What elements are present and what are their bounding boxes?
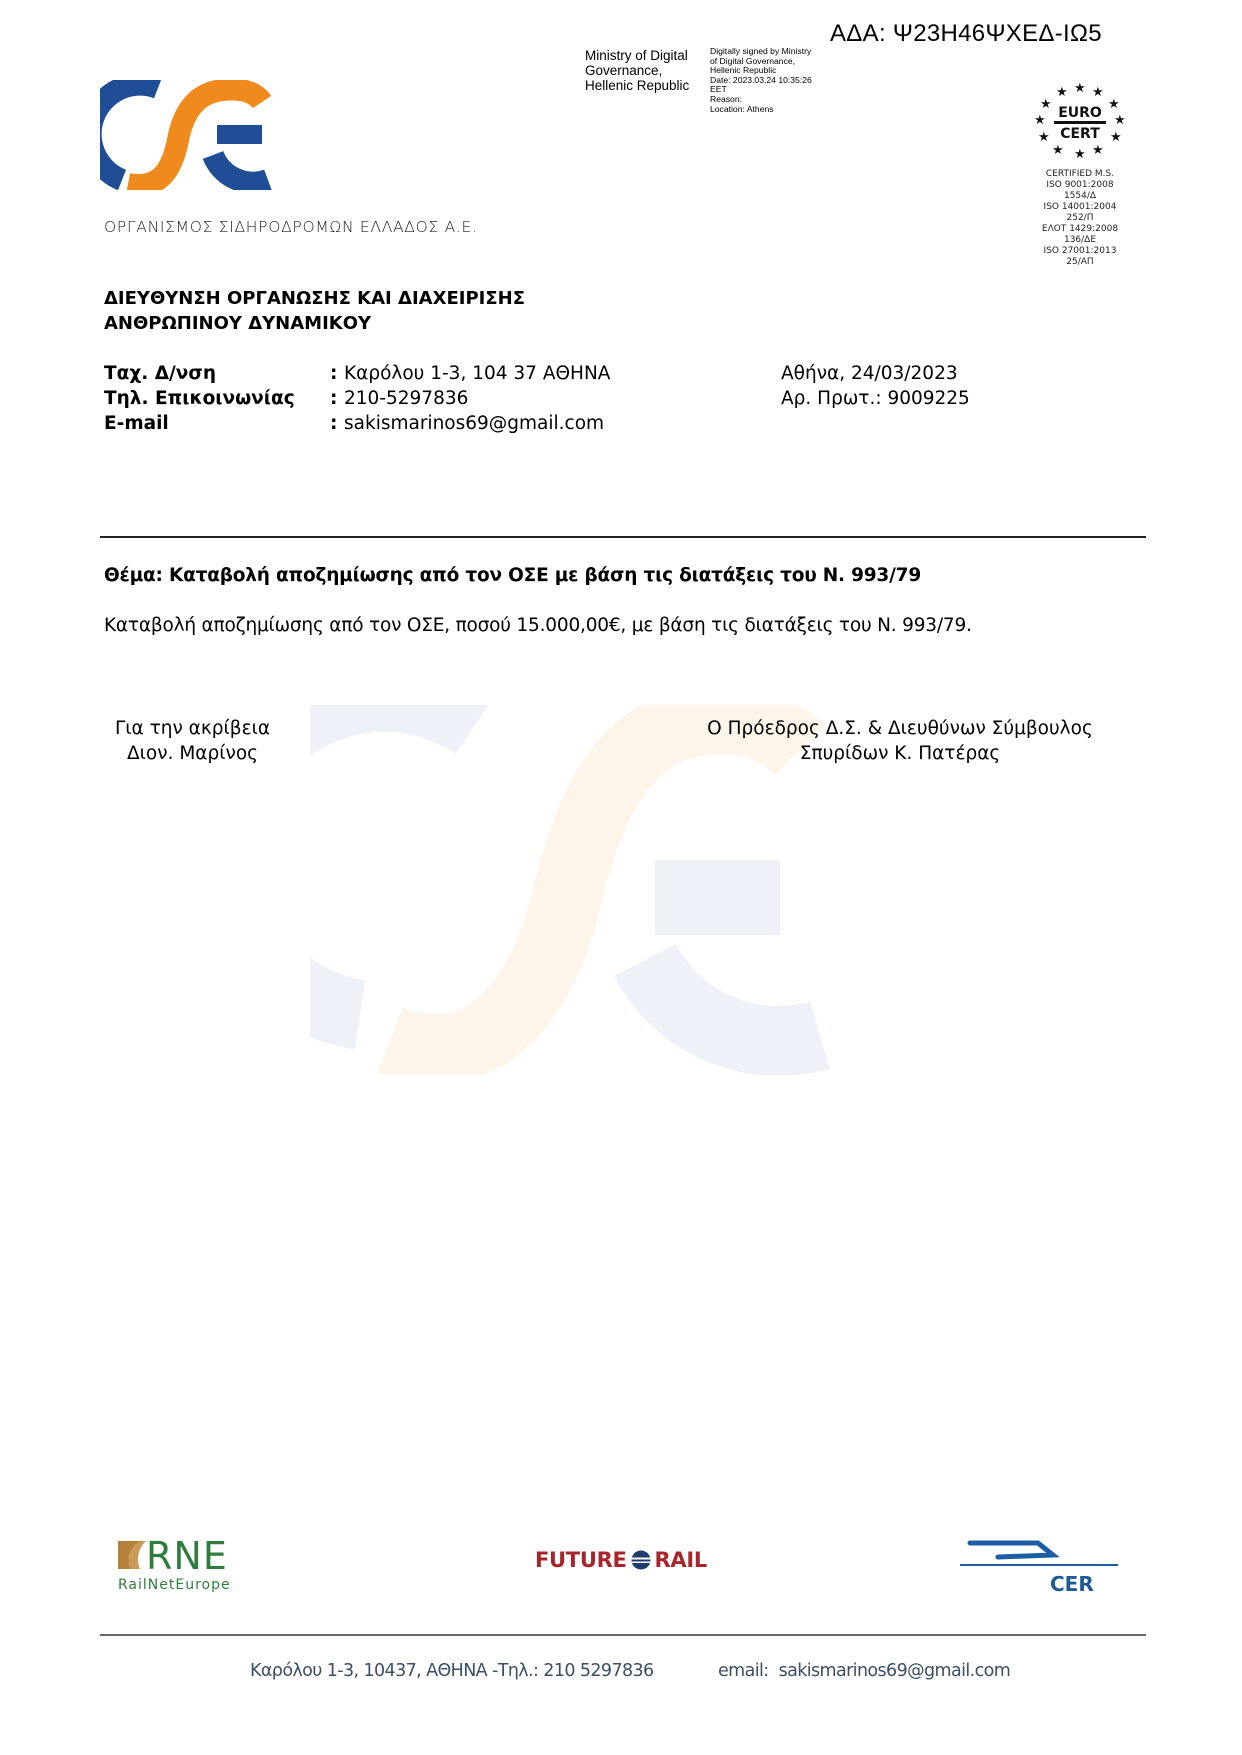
rne-title: RNE bbox=[146, 1535, 228, 1578]
svg-text:★: ★ bbox=[1040, 97, 1052, 112]
svg-text:★: ★ bbox=[1052, 143, 1064, 158]
subject-line: Θέμα: Καταβολή αποζημίωσης από τον ΟΣΕ μ… bbox=[104, 565, 921, 586]
cert-line: CERTIFIED M.S. bbox=[1020, 169, 1140, 180]
svg-text:★: ★ bbox=[1092, 143, 1104, 158]
cert-line: 1554/Δ bbox=[1020, 191, 1140, 202]
signer-line: Ministry of Digital bbox=[585, 48, 689, 63]
footer-email-link[interactable]: sakismarinos69@gmail.com bbox=[779, 1661, 1011, 1681]
contact-value: Καρόλου 1-3, 104 37 ΑΘΗΝΑ bbox=[344, 361, 610, 386]
contact-label: Τηλ. Επικοινωνίας bbox=[104, 386, 330, 411]
cert-line: ΕΛΟΤ 1429:2008 bbox=[1020, 224, 1140, 235]
signature-signer: Ministry of Digital Governance, Hellenic… bbox=[585, 48, 689, 93]
contact-label: E-mail bbox=[104, 411, 330, 436]
svg-text:★: ★ bbox=[1074, 147, 1086, 162]
ada-code: ΑΔΑ: Ψ23Η46ΨΧΕΔ-ΙΩ5 bbox=[830, 20, 1102, 48]
signature-name: Διον. Μαρίνος bbox=[105, 741, 280, 766]
contact-colon: : bbox=[330, 386, 344, 411]
protocol-number: Αρ. Πρωτ.: 9009225 bbox=[781, 386, 970, 411]
svg-text:★: ★ bbox=[1038, 130, 1050, 145]
contact-value: 210-5297836 bbox=[344, 386, 468, 411]
cer-logo-icon: CER bbox=[958, 1535, 1123, 1597]
rne-logo-icon: RNE RailNetEurope bbox=[116, 1535, 266, 1595]
signature-name: Σπυρίδων Κ. Πατέρας bbox=[700, 741, 1100, 766]
rne-subtitle: RailNetEurope bbox=[118, 1577, 231, 1593]
svg-text:★: ★ bbox=[1034, 113, 1046, 128]
department-line: ΔΙΕΥΘΥΝΣΗ ΟΡΓΑΝΩΣΗΣ ΚΑΙ ΔΙΑΧΕΙΡΙΣΗΣ bbox=[104, 286, 525, 311]
future-rail-left: FUTURE bbox=[535, 1548, 627, 1572]
eurocert-logo-icon: ★★★ ★★ ★★ ★★ ★★★ EURO CERT bbox=[1030, 80, 1130, 170]
ose-logo-icon bbox=[100, 80, 280, 190]
svg-text:★: ★ bbox=[1114, 113, 1126, 128]
signature-details: Digitally signed by Ministry of Digital … bbox=[710, 47, 812, 114]
contact-label: Ταχ. Δ/νση bbox=[104, 361, 330, 386]
future-rail-right: RAIL bbox=[655, 1548, 707, 1572]
svg-text:★: ★ bbox=[1074, 81, 1086, 96]
contact-value[interactable]: sakismarinos69@gmail.com bbox=[344, 411, 604, 436]
svg-text:★: ★ bbox=[1092, 85, 1104, 100]
department-line: ΑΝΘΡΩΠΙΝΟΥ ΔΥΝΑΜΙΚΟΥ bbox=[104, 311, 525, 336]
contact-row-phone: Τηλ. Επικοινωνίας : 210-5297836 bbox=[104, 386, 610, 411]
organization-name: ΟΡΓΑΝΙΣΜΟΣ ΣΙΔΗΡΟΔΡΟΜΩΝ ΕΛΛΑΔΟΣ Α.Ε. bbox=[104, 218, 478, 236]
svg-text:★: ★ bbox=[1056, 85, 1068, 100]
cer-text: CER bbox=[1050, 1572, 1094, 1596]
svg-text:★: ★ bbox=[1108, 97, 1120, 112]
eurocert-top: EURO bbox=[1058, 105, 1102, 121]
document-date: Αθήνα, 24/03/2023 bbox=[781, 361, 970, 386]
cert-line: 25/ΑΠ bbox=[1020, 257, 1140, 268]
date-protocol: Αθήνα, 24/03/2023 Αρ. Πρωτ.: 9009225 bbox=[781, 361, 970, 411]
eurocert-bottom: CERT bbox=[1060, 126, 1100, 142]
divider bbox=[100, 536, 1146, 538]
contact-row-email: E-mail : sakismarinos69@gmail.com bbox=[104, 411, 610, 436]
signature-meta-line: Location: Athens bbox=[710, 105, 812, 115]
contact-row-address: Ταχ. Δ/νση : Καρόλου 1-3, 104 37 ΑΘΗΝΑ bbox=[104, 361, 610, 386]
department-heading: ΔΙΕΥΘΥΝΣΗ ΟΡΓΑΝΩΣΗΣ ΚΑΙ ΔΙΑΧΕΙΡΙΣΗΣ ΑΝΘΡ… bbox=[104, 286, 525, 336]
footer-address: Καρόλου 1-3, 10437, ΑΘΗΝΑ -Τηλ.: 210 529… bbox=[250, 1661, 654, 1681]
body-text: Καταβολή αποζημίωσης από τον ΟΣΕ, ποσού … bbox=[104, 615, 972, 636]
signer-line: Hellenic Republic bbox=[585, 78, 689, 93]
signature-left: Για την ακρίβεια Διον. Μαρίνος bbox=[105, 716, 280, 766]
contact-colon: : bbox=[330, 361, 344, 386]
signer-line: Governance, bbox=[585, 63, 689, 78]
signature-title: Ο Πρόεδρος Δ.Σ. & Διευθύνων Σύμβουλος bbox=[700, 716, 1100, 741]
svg-text:★: ★ bbox=[1110, 130, 1122, 145]
contact-info: Ταχ. Δ/νση : Καρόλου 1-3, 104 37 ΑΘΗΝΑ Τ… bbox=[104, 361, 610, 436]
footer-divider bbox=[100, 1634, 1146, 1636]
footer-email-label: email: bbox=[718, 1661, 769, 1681]
cert-line: ISO 14001:2004 bbox=[1020, 202, 1140, 213]
signature-title: Για την ακρίβεια bbox=[105, 716, 280, 741]
cert-line: 252/Π bbox=[1020, 213, 1140, 224]
future-rail-logo: FUTURE RAIL bbox=[535, 1548, 707, 1572]
footer-email: email:sakismarinos69@gmail.com bbox=[718, 1661, 1010, 1681]
cert-line: 136/ΔΕ bbox=[1020, 235, 1140, 246]
contact-colon: : bbox=[330, 411, 344, 436]
certification-list: CERTIFIED M.S. ISO 9001:2008 1554/Δ ISO … bbox=[1020, 169, 1140, 268]
cert-line: ISO 27001:2013 bbox=[1020, 246, 1140, 257]
signature-right: Ο Πρόεδρος Δ.Σ. & Διευθύνων Σύμβουλος Σπ… bbox=[700, 716, 1100, 766]
globe-icon bbox=[631, 1550, 651, 1570]
cert-line: ISO 9001:2008 bbox=[1020, 180, 1140, 191]
